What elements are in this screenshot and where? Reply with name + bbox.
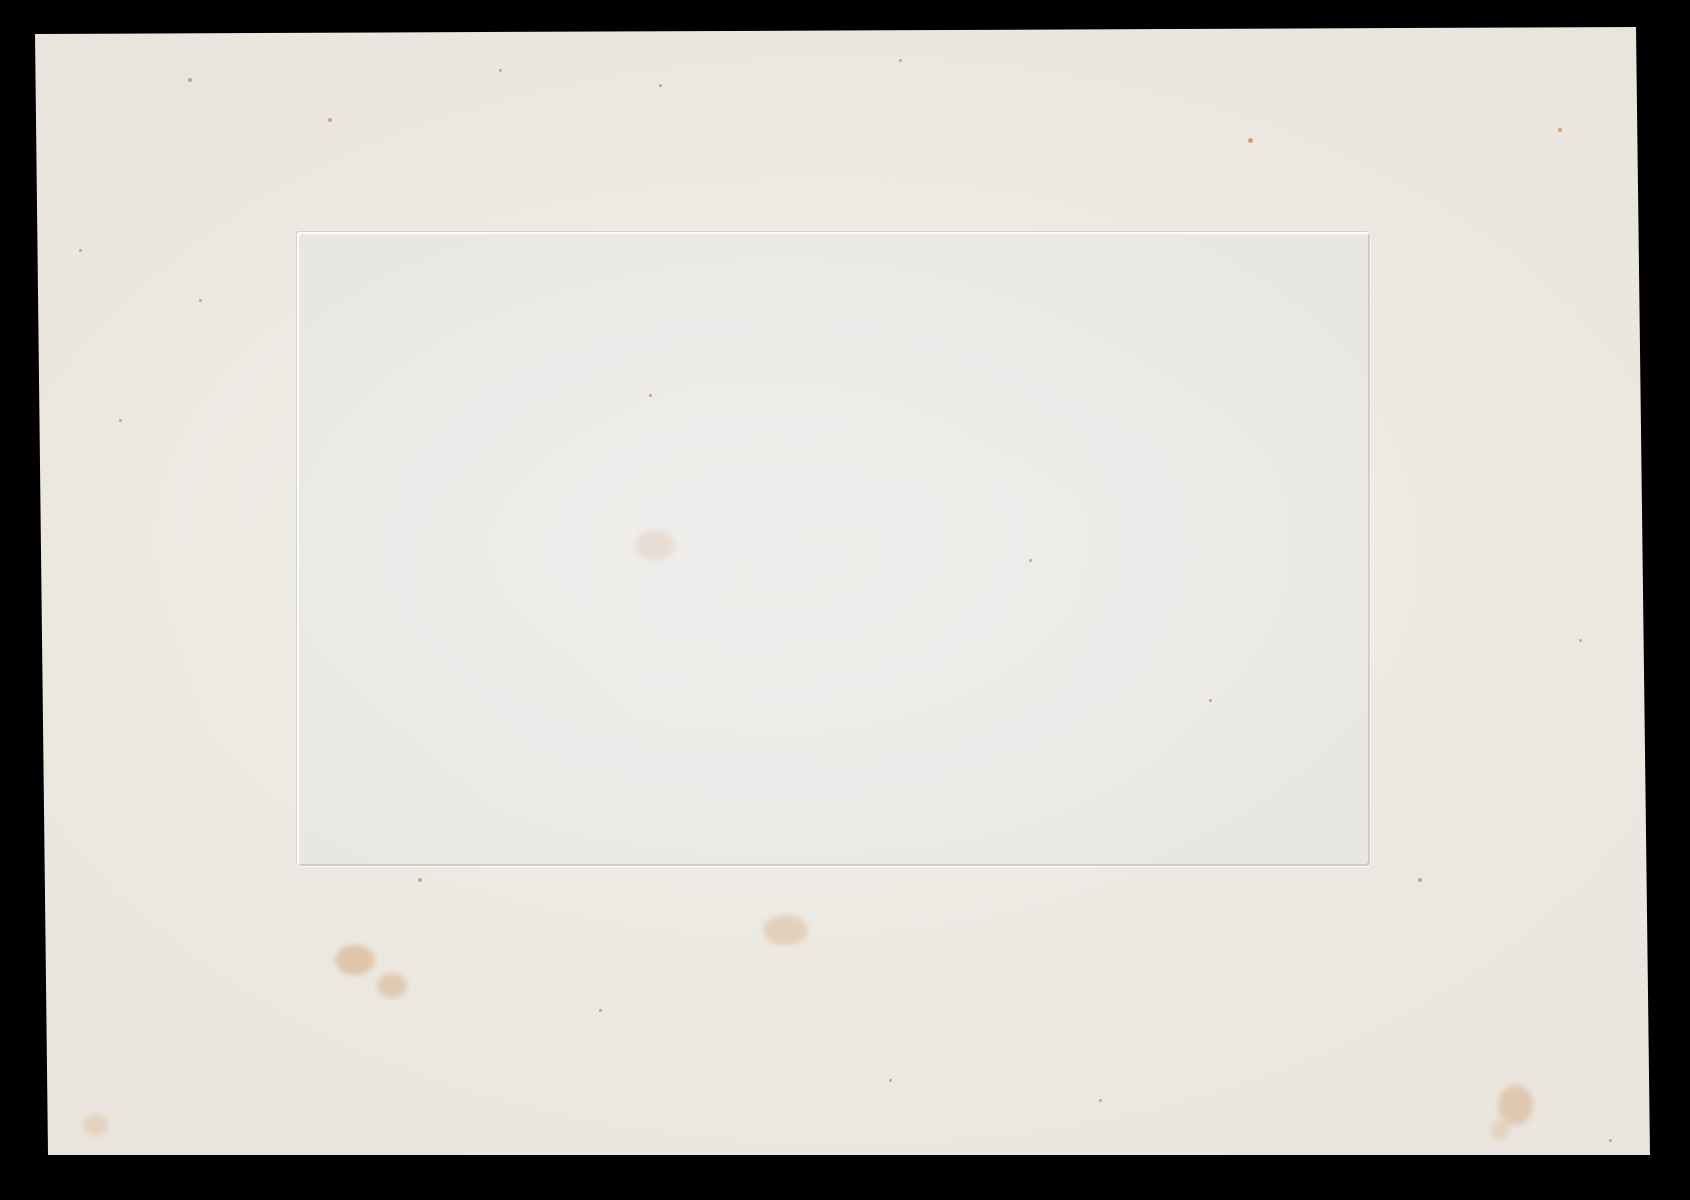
foxing-stain — [1498, 1085, 1533, 1125]
plate-mark-impression — [297, 232, 1370, 866]
foxing-stain — [83, 1115, 108, 1135]
foxing-speck — [1099, 1099, 1102, 1102]
foxing-speck — [418, 878, 422, 882]
paper-sheet — [0, 0, 1690, 1200]
foxing-stain — [335, 945, 375, 975]
foxing-speck — [889, 1079, 892, 1082]
foxing-speck — [188, 78, 192, 82]
foxing-speck — [328, 118, 332, 122]
foxing-stain — [635, 530, 675, 560]
foxing-speck — [599, 1009, 602, 1012]
foxing-speck — [1579, 639, 1582, 642]
foxing-speck — [1029, 559, 1032, 562]
foxing-speck — [119, 419, 122, 422]
foxing-speck — [1418, 878, 1422, 882]
foxing-speck — [499, 69, 502, 72]
foxing-speck — [1209, 699, 1212, 702]
foxing-speck — [199, 299, 202, 302]
foxing-speck — [1609, 1139, 1612, 1142]
foxing-speck — [1248, 138, 1253, 143]
foxing-stain — [377, 973, 407, 998]
foxing-speck — [899, 59, 902, 62]
foxing-stain — [763, 915, 808, 945]
foxing-speck — [79, 249, 82, 252]
foxing-speck — [1558, 128, 1562, 132]
foxing-speck — [659, 84, 662, 87]
foxing-speck — [649, 394, 652, 397]
foxing-stain — [1490, 1120, 1510, 1140]
